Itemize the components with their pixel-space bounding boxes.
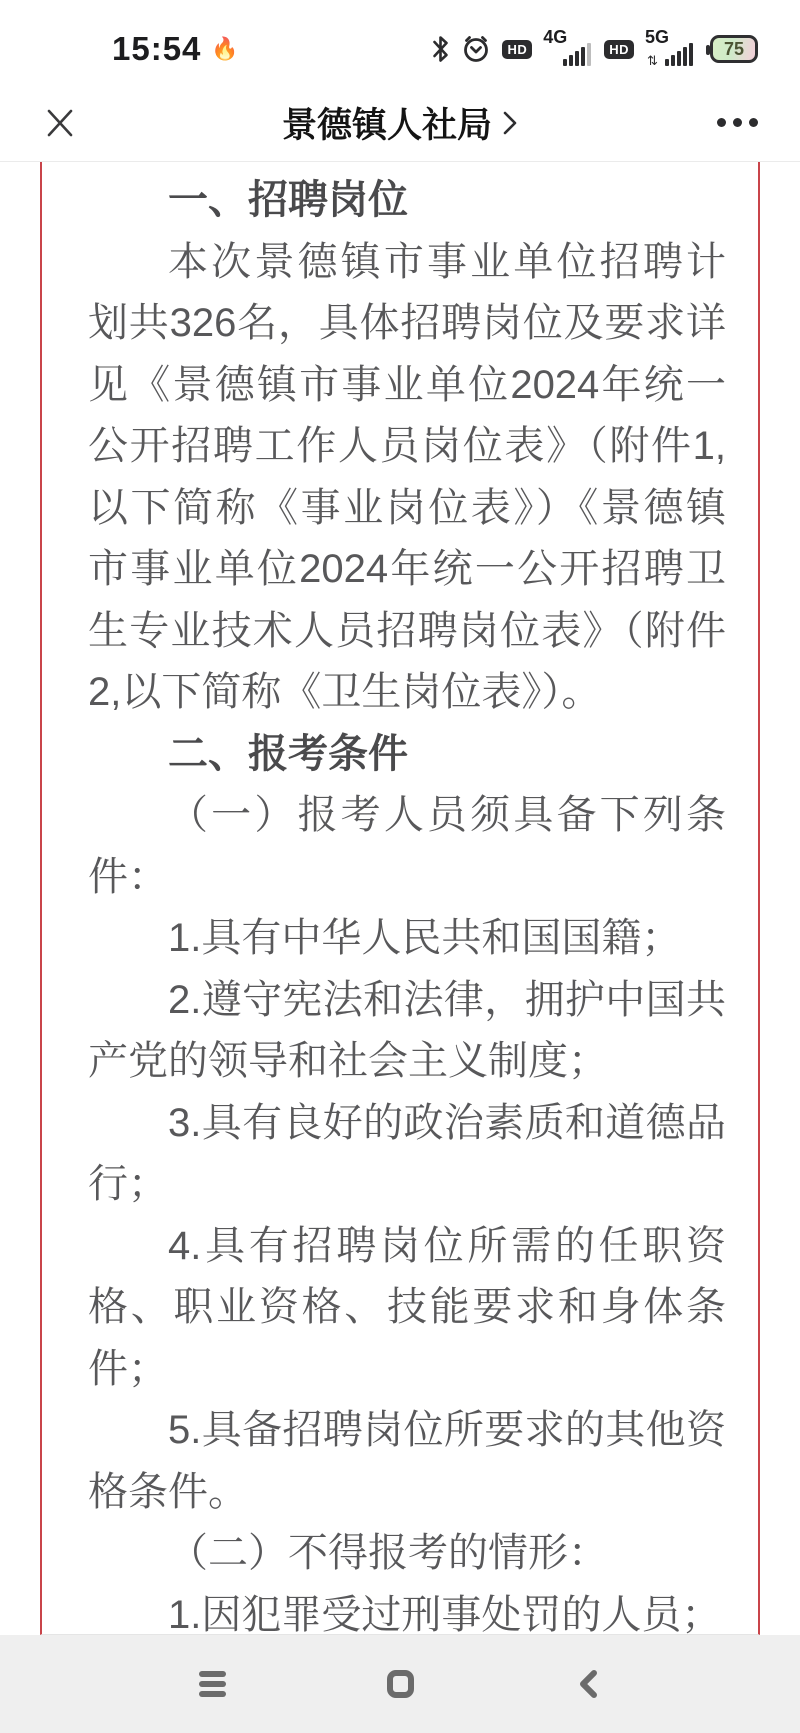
clock-text: 15:54 [112,30,201,68]
phone-screen: 15:54 🔥 HD 4G HD 5G ⇅ [0,0,800,1733]
android-nav-bar [0,1635,800,1733]
article-content[interactable]: 一、招聘岗位本次景德镇市事业单位招聘计划共326名，具体招聘岗位及要求详见《景德… [40,162,760,1635]
status-right: HD 4G HD 5G ⇅ 75 [431,29,758,69]
recents-menu-button[interactable] [189,1661,235,1707]
more-menu-button[interactable] [713,101,762,145]
article-paragraph-heading: 一、招聘岗位 [88,170,726,232]
hot-emoji-icon: 🔥 [211,36,238,62]
status-left: 15:54 🔥 [112,30,239,68]
page-title: 景德镇人社局 [282,98,492,148]
close-button[interactable] [38,101,82,145]
ellipsis-icon [717,118,758,127]
back-icon [577,1669,599,1699]
signal-bars-5g-icon [665,43,693,66]
article-paragraph-body: （二）不得报考的情形： [88,1523,726,1585]
signal-5g-indicator: 5G ⇅ [645,29,695,69]
chevron-right-icon [502,109,518,137]
status-bar: 15:54 🔥 HD 4G HD 5G ⇅ [0,0,800,84]
volte-hd-icon: HD [604,40,634,59]
article-paragraph-body: 4.具有招聘岗位所需的任职资格、职业资格、技能要求和身体条件； [88,1216,726,1401]
menu-icon [199,1671,226,1697]
home-icon [387,1670,414,1698]
chat-title[interactable]: 景德镇人社局 [0,84,800,161]
battery-percent: 75 [724,39,744,60]
bluetooth-icon [431,35,450,63]
close-icon [43,106,77,140]
alarm-clock-icon [461,34,491,64]
signal-4g-indicator: 4G [543,29,593,69]
article-paragraph-heading: 二、报考条件 [88,724,726,786]
battery-icon: 75 [710,35,758,63]
article-body: 一、招聘岗位本次景德镇市事业单位招聘计划共326名，具体招聘岗位及要求详见《景德… [88,170,726,1635]
data-arrows-icon: ⇅ [647,55,658,67]
header-bar: 景德镇人社局 [0,84,800,162]
article-paragraph-body: 1.具有中华人民共和国国籍； [88,908,726,970]
signal-bars-4g-icon [563,43,591,66]
article-paragraph-body: 本次景德镇市事业单位招聘计划共326名，具体招聘岗位及要求详见《景德镇市事业单位… [88,232,726,724]
volte-hd-icon: HD [502,40,532,59]
article-paragraph-body: 5.具备招聘岗位所要求的其他资格条件。 [88,1400,726,1523]
back-button[interactable] [565,1661,611,1707]
article-paragraph-body: （一）报考人员须具备下列条件： [88,785,726,908]
article-paragraph-body: 2.遵守宪法和法律，拥护中国共产党的领导和社会主义制度； [88,970,726,1093]
article-paragraph-body: 1.因犯罪受过刑事处罚的人员； [88,1585,726,1636]
article-paragraph-body: 3.具有良好的政治素质和道德品行； [88,1093,726,1216]
home-button[interactable] [377,1661,423,1707]
